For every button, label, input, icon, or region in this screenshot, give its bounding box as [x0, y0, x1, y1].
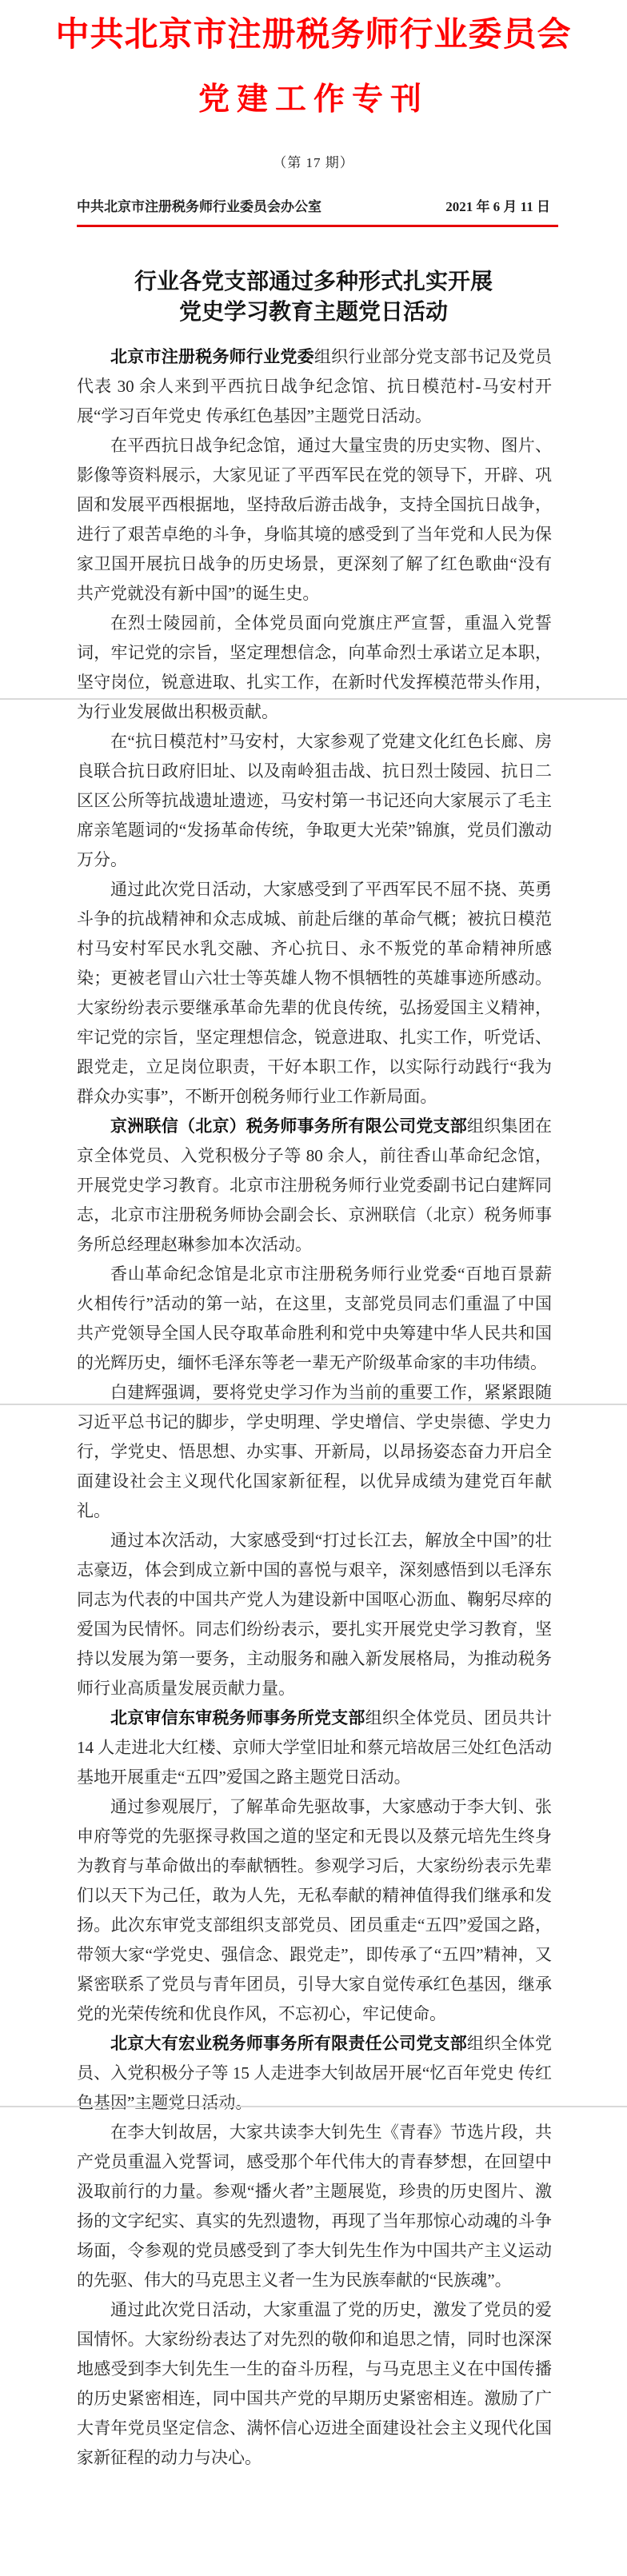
paragraph-text: 通过此次党日活动，大家重温了党的历史，激发了党员的爱国情怀。大家纷纷表达了对先烈… — [77, 2300, 552, 2467]
paragraph: 通过此次党日活动，大家感受到了平西军民不屈不挠、英勇斗争的抗战精神和众志成城、前… — [77, 875, 552, 1112]
page-break-divider — [0, 698, 627, 700]
article-title-line1: 行业各党支部通过多种形式扎实开展 — [48, 267, 579, 298]
paragraph-text: 在烈士陵园前，全体党员面向党旗庄严宣誓，重温入党誓词，牢记党的宗旨，坚定理想信念… — [77, 613, 552, 721]
paragraph-lead: 北京市注册税务师行业党委 — [110, 347, 314, 366]
paragraph-text: 在平西抗日战争纪念馆，通过大量宝贵的历史实物、图片、影像等资料展示，大家见证了平… — [77, 436, 552, 603]
paragraph: 通过参观展厅，了解革命先驱故事，大家感动于李大钊、张申府等党的先驱探寻救国之道的… — [77, 1792, 552, 2029]
article-title-line2: 党史学习教育主题党日活动 — [48, 298, 579, 328]
issue-date: 2021 年 6 月 11 日 — [445, 195, 550, 215]
paragraph: 京洲联信（北京）税务师事务所有限公司党支部组织集团在京全体党员、入党积极分子等 … — [77, 1112, 552, 1260]
paragraph-text: 通过此次党日活动，大家感受到了平西军民不屈不挠、英勇斗争的抗战精神和众志成城、前… — [77, 880, 552, 1106]
bulletin-document: 中共北京市注册税务师行业委员会 党建工作专刊 （第 17 期） 中共北京市注册税… — [0, 0, 627, 2576]
paragraph-text: 通过本次活动，大家感受到“打过长江去，解放全中国”的壮志豪迈，体会到成立新中国的… — [77, 1531, 552, 1698]
publication-title: 党建工作专刊 — [0, 82, 627, 118]
paragraph-text: 通过参观展厅，了解革命先驱故事，大家感动于李大钊、张申府等党的先驱探寻救国之道的… — [77, 1797, 552, 2023]
page-break-divider — [0, 2106, 627, 2107]
article-title: 行业各党支部通过多种形式扎实开展 党史学习教育主题党日活动 — [48, 267, 579, 328]
issuing-office: 中共北京市注册税务师行业委员会办公室 — [77, 195, 321, 215]
article-body: 北京市注册税务师行业党委组织行业部分党支部书记及党员代表 30 余人来到平西抗日… — [77, 342, 552, 2473]
paragraph-lead: 北京审信东审税务师事务所党支部 — [110, 1708, 365, 1727]
paragraph-text: 在“抗日模范村”马安村，大家参观了党建文化红色长廊、房良联合抗日政府旧址、以及南… — [77, 732, 552, 869]
paragraph-text: 组织集团在京全体党员、入党积极分子等 80 余人，前往香山革命纪念馆，开展党史学… — [77, 1116, 552, 1254]
paragraph: 在李大钊故居，大家共读李大钊先生《青春》节选片段，共产党员重温入党誓词，感受那个… — [77, 2118, 552, 2295]
paragraph-text: 香山革命纪念馆是北京市注册税务师行业党委“百地百景薪火相传行”活动的第一站，在这… — [77, 1264, 552, 1372]
org-title: 中共北京市注册税务师行业委员会 — [0, 14, 627, 57]
paragraph: 北京市注册税务师行业党委组织行业部分党支部书记及党员代表 30 余人来到平西抗日… — [77, 342, 552, 431]
paragraph: 通过本次活动，大家感受到“打过长江去，解放全中国”的壮志豪迈，体会到成立新中国的… — [77, 1526, 552, 1703]
paragraph: 在烈士陵园前，全体党员面向党旗庄严宣誓，重温入党誓词，牢记党的宗旨，坚定理想信念… — [77, 609, 552, 727]
paragraph-lead: 京洲联信（北京）税务师事务所有限公司党支部 — [110, 1116, 467, 1136]
bulletin-header: 中共北京市注册税务师行业委员会 党建工作专刊 （第 17 期） 中共北京市注册税… — [0, 0, 627, 227]
paragraph: 北京大有宏业税务师事务所有限责任公司党支部组织全体党员、入党积极分子等 15 人… — [77, 2029, 552, 2118]
paragraph: 北京审信东审税务师事务所党支部组织全体党员、团员共计 14 人走进北大红楼、京师… — [77, 1703, 552, 1792]
paragraph: 在平西抗日战争纪念馆，通过大量宝贵的历史实物、图片、影像等资料展示，大家见证了平… — [77, 431, 552, 609]
paragraph-text: 在李大钊故居，大家共读李大钊先生《青春》节选片段，共产党员重温入党誓词，感受那个… — [77, 2123, 552, 2290]
paragraph: 通过此次党日活动，大家重温了党的历史，激发了党员的爱国情怀。大家纷纷表达了对先烈… — [77, 2295, 552, 2473]
paragraph: 白建辉强调，要将党史学习作为当前的重要工作，紧紧跟随习近平总书记的脚步，学史明理… — [77, 1378, 552, 1526]
issue-number: （第 17 期） — [0, 151, 627, 171]
header-divider — [77, 225, 558, 227]
paragraph-lead: 北京大有宏业税务师事务所有限责任公司党支部 — [110, 2034, 467, 2053]
paragraph: 香山革命纪念馆是北京市注册税务师行业党委“百地百景薪火相传行”活动的第一站，在这… — [77, 1260, 552, 1378]
paragraph: 在“抗日模范村”马安村，大家参观了党建文化红色长廊、房良联合抗日政府旧址、以及南… — [77, 727, 552, 875]
page-break-divider — [0, 1404, 627, 1405]
header-meta-row: 中共北京市注册税务师行业委员会办公室 2021 年 6 月 11 日 — [77, 195, 550, 215]
